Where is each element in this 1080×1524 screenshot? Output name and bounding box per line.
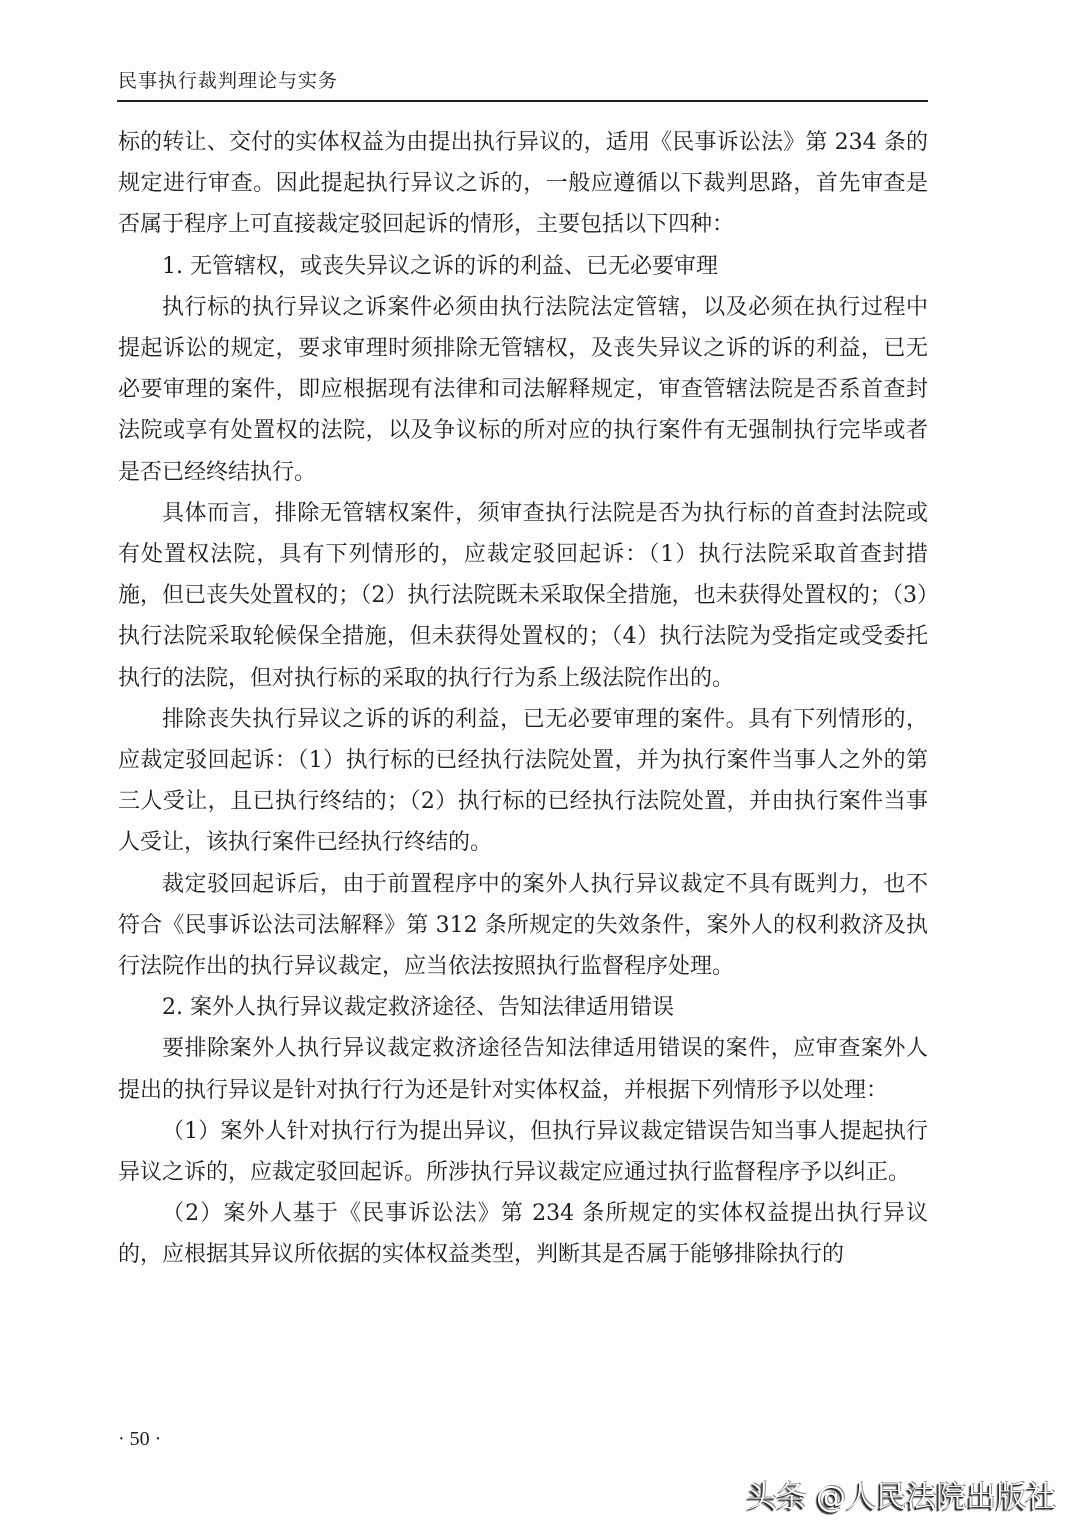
- document-page: 民事执行裁判理论与实务 标的转让、交付的实体权益为由提出执行异议的，适用《民事诉…: [0, 0, 1080, 1524]
- paragraph-continuation: 标的转让、交付的实体权益为由提出执行异议的，适用《民事诉讼法》第 234 条的规…: [118, 122, 928, 246]
- paragraph: 具体而言，排除无管辖权案件，须审查执行法院是否为执行标的首查封法院或有处置权法院…: [118, 493, 928, 699]
- list-item-paragraph: （2）案外人基于《民事诉讼法》第 234 条所规定的实体权益提出执行异议的，应根…: [118, 1193, 928, 1275]
- list-item-paragraph: （1）案外人针对执行行为提出异议，但执行异议裁定错误告知当事人提起执行异议之诉的…: [118, 1111, 928, 1193]
- paragraph: 排除丧失执行异议之诉的诉的利益，已无必要审理的案件。具有下列情形的，应裁定驳回起…: [118, 699, 928, 864]
- section-heading-1: 1. 无管辖权，或丧失异议之诉的诉的利益、已无必要审理: [118, 246, 928, 287]
- paragraph: 要排除案外人执行异议裁定救济途径告知法律适用错误的案件，应审查案外人提出的执行异…: [118, 1028, 928, 1110]
- paragraph: 执行标的执行异议之诉案件必须由执行法院法定管辖，以及必须在执行过程中提起诉讼的规…: [118, 287, 928, 493]
- body-text: 标的转让、交付的实体权益为由提出执行异议的，适用《民事诉讼法》第 234 条的规…: [118, 122, 928, 1276]
- section-heading-2: 2. 案外人执行异议裁定救济途径、告知法律适用错误: [118, 987, 928, 1028]
- publisher-watermark: 头条 @人民法院出版社: [746, 1472, 1056, 1516]
- page-number: · 50 ·: [118, 1428, 161, 1451]
- header-rule-divider: [117, 100, 928, 102]
- running-header-title: 民事执行裁判理论与实务: [118, 66, 338, 93]
- paragraph: 裁定驳回起诉后，由于前置程序中的案外人执行异议裁定不具有既判力，也不符合《民事诉…: [118, 864, 928, 988]
